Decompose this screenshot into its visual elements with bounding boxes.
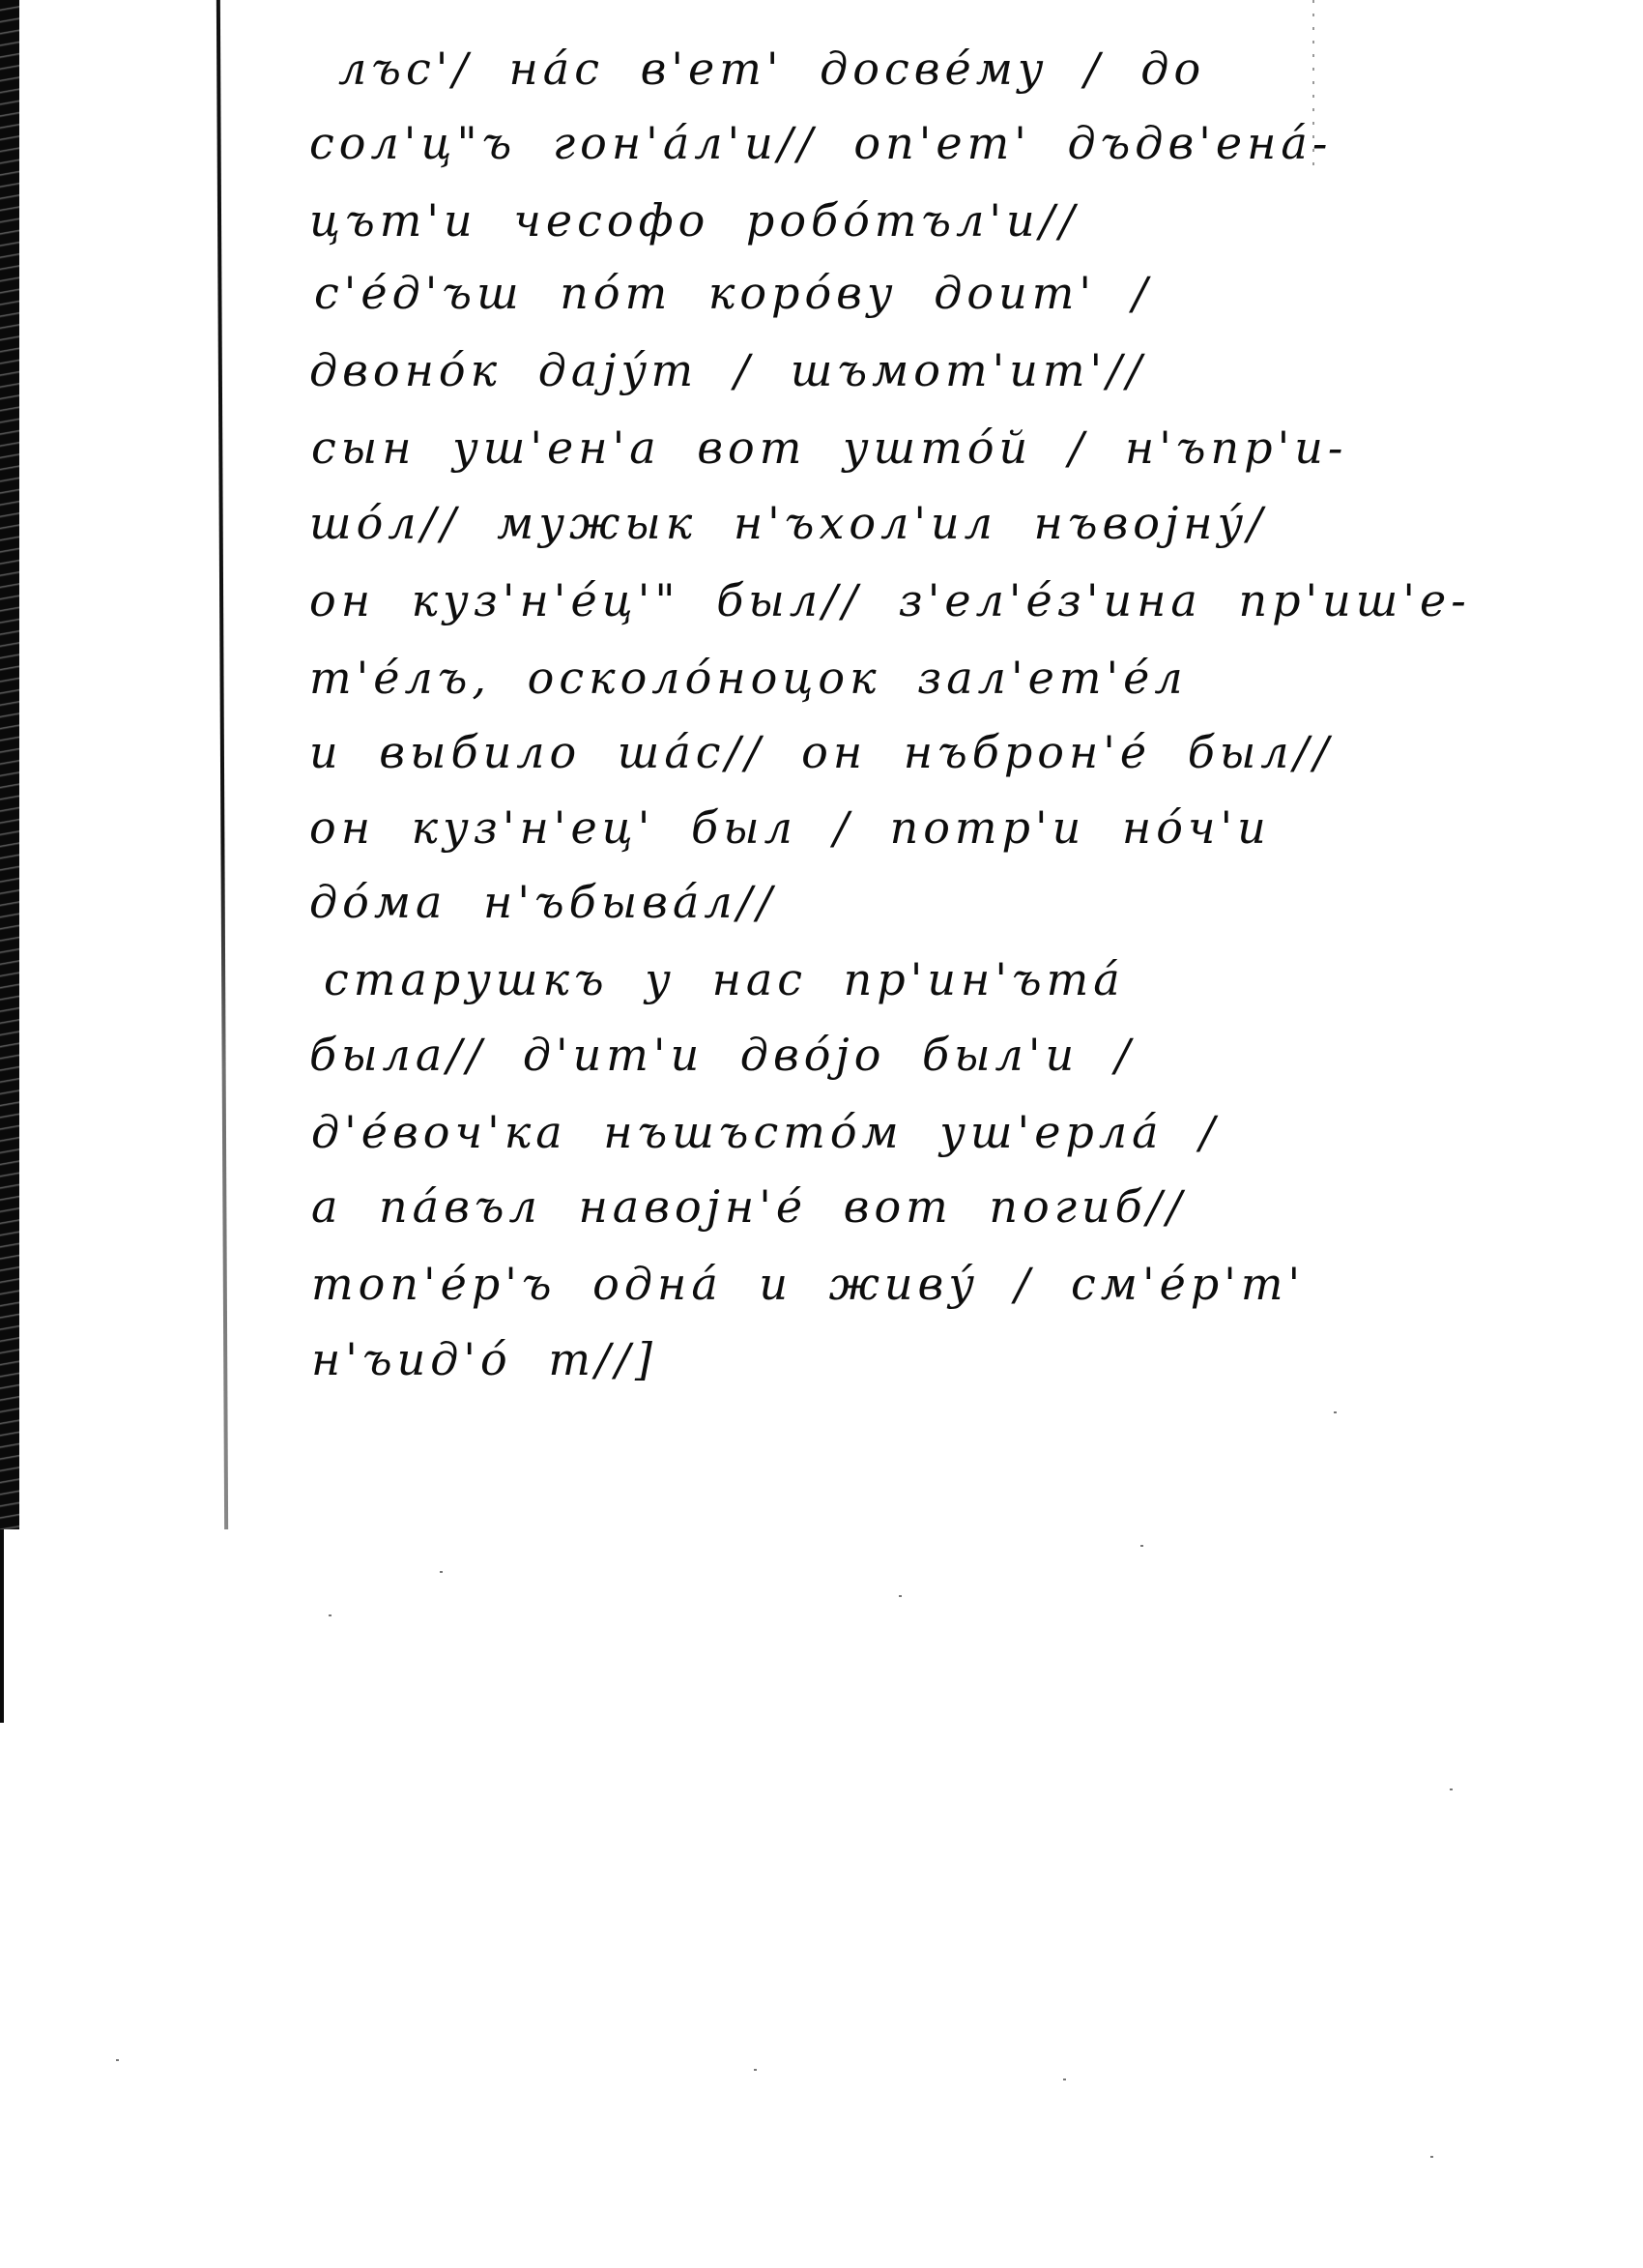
manuscript-line: и выбило шáс// он нъброн'é был// xyxy=(309,730,1334,774)
scan-speck xyxy=(329,1614,331,1616)
manuscript-line: сын уш'ен'а вот уштóй / н'ъпр'и- xyxy=(311,425,1347,470)
manuscript-line: лъс'/ нác в'ет' досвéму / до xyxy=(338,46,1205,91)
manuscript-line: была// д'ит'и двóјо был'и / xyxy=(309,1032,1135,1077)
manuscript-line: а пáвъл навојн'é вот погиб// xyxy=(311,1184,1187,1229)
scanned-manuscript-page: лъс'/ нác в'ет' досвéму / до сол'ц"ъ гон… xyxy=(0,0,1643,2268)
manuscript-line: н'ъид'ó т//] xyxy=(311,1337,657,1381)
manuscript-line: старушкъ у нас пр'ин'ътá xyxy=(324,957,1125,1002)
scan-speck xyxy=(1063,2079,1066,2080)
scan-speck xyxy=(116,2059,119,2061)
manuscript-line: с'éд'ъш пóт корóву доит' / xyxy=(314,271,1152,315)
manuscript-line: д'éвоч'ка нъшъстóм уш'ерлá / xyxy=(311,1110,1220,1154)
scan-speck xyxy=(1430,2156,1433,2158)
manuscript-line: дóма н'ъбывáл// xyxy=(309,880,777,924)
scan-speck xyxy=(440,1571,443,1573)
manuscript-line: он куз'н'éц'" был// з'ел'éз'ина пр'иш'е- xyxy=(309,578,1471,623)
scan-speck xyxy=(1140,1545,1143,1547)
manuscript-line: он куз'н'ец' был / потр'и нóч'и xyxy=(309,805,1271,850)
scan-binding-shadow-tail xyxy=(0,1529,4,1723)
scan-speck xyxy=(1450,1788,1453,1790)
manuscript-line: цът'и чесофо робóтъл'и// xyxy=(309,198,1080,243)
manuscript-line: шóл// мужык н'ъхол'ил нъвојнý/ xyxy=(309,501,1267,545)
handwritten-text-block: лъс'/ нác в'ет' досвéму / до сол'ц"ъ гон… xyxy=(0,0,1643,1450)
scan-speck xyxy=(899,1595,902,1597)
manuscript-line: двонóк дајýт / шъмот'ит'// xyxy=(309,348,1146,393)
scan-speck xyxy=(754,2069,757,2071)
scan-speck xyxy=(1334,1411,1337,1413)
manuscript-line: т'éлъ, осколóноцок зал'ет'éл xyxy=(309,655,1188,700)
manuscript-line: топ'éр'ъ однá и живý / см'éр'т' xyxy=(311,1262,1305,1306)
manuscript-line: сол'ц"ъ гон'áл'и// оп'ет' дъдв'енá- xyxy=(309,121,1332,165)
